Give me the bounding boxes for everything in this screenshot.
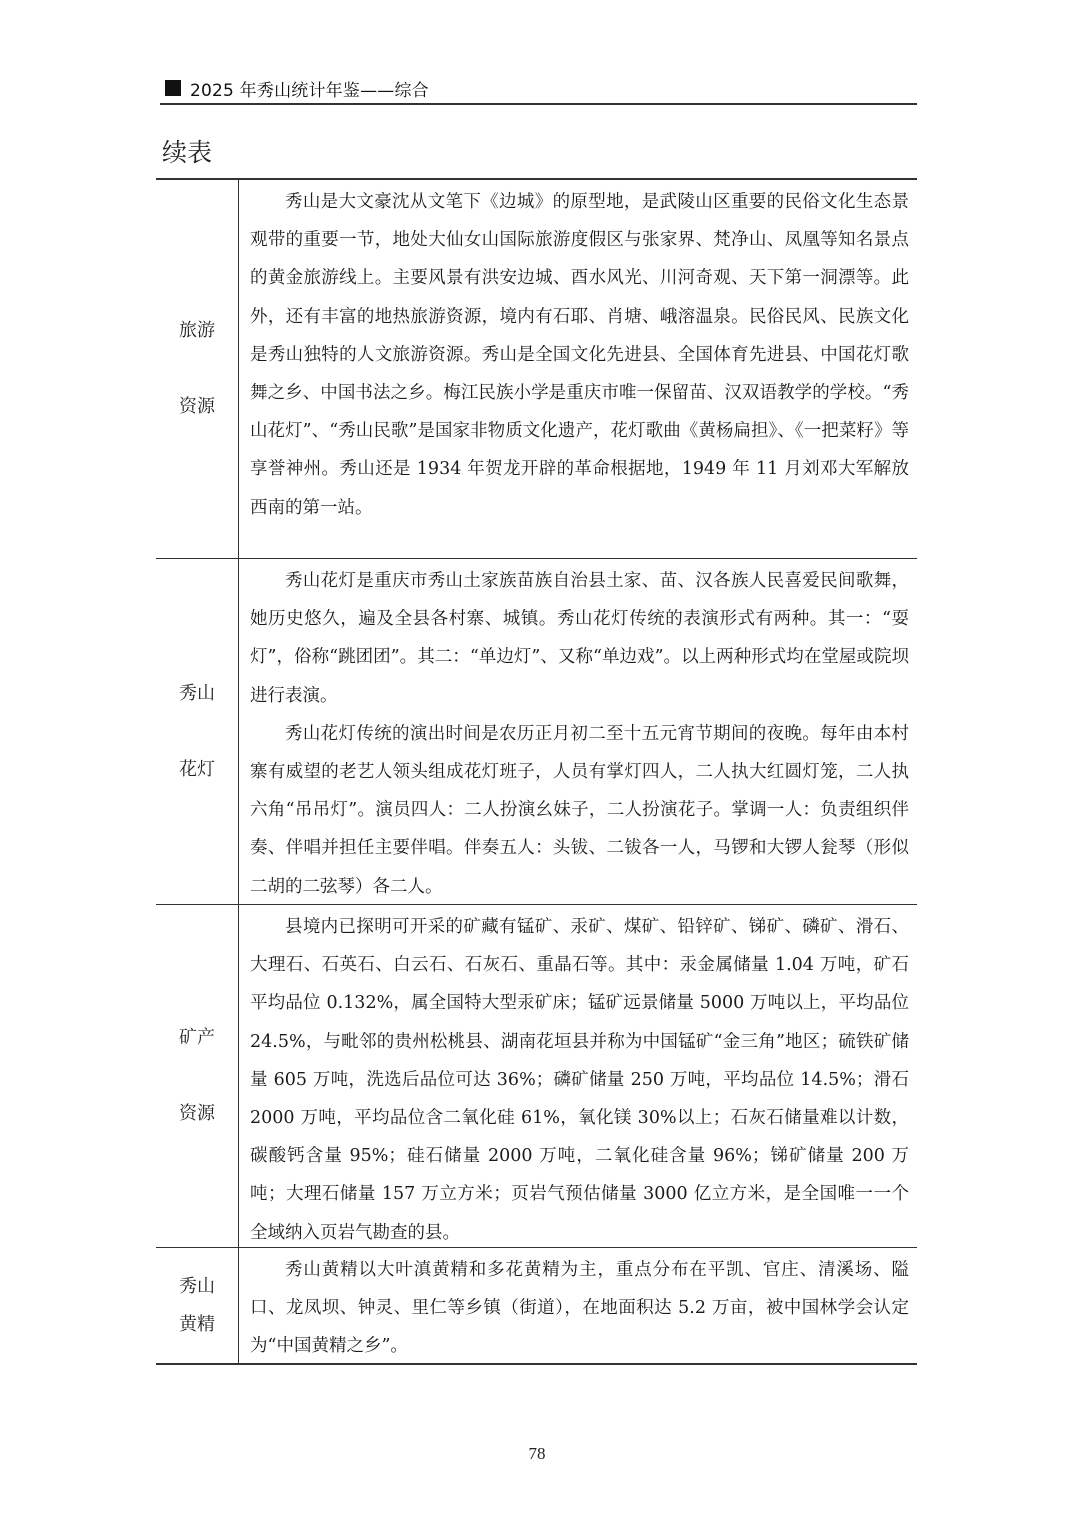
row-content: 秀山花灯是重庆市秀山土家族苗族自治县土家、苗、汉各族人民喜爱民间歌舞，她历史悠久… bbox=[239, 559, 917, 904]
page-number: 78 bbox=[0, 1444, 1074, 1464]
header-title: 2025 年秀山统计年鉴——综合 bbox=[190, 76, 429, 101]
row-label: 秀山 黄精 bbox=[156, 1248, 239, 1363]
table-row-polygonatum: 秀山 黄精 秀山黄精以大叶滇黄精和多花黄精为主，重点分布在平凯、官庄、清溪场、隘… bbox=[156, 1247, 917, 1363]
paragraph: 县境内已探明可开采的矿藏有锰矿、汞矿、煤矿、铅锌矿、锑矿、磷矿、滑石、大理石、石… bbox=[250, 908, 909, 1252]
header-square-icon bbox=[165, 80, 181, 96]
row-label: 旅游 资源 bbox=[156, 180, 239, 558]
row-content: 县境内已探明可开采的矿藏有锰矿、汞矿、煤矿、铅锌矿、锑矿、磷矿、滑石、大理石、石… bbox=[239, 905, 917, 1247]
paragraph: 秀山花灯传统的演出时间是农历正月初二至十五元宵节期间的夜晚。每年由本村寨有威望的… bbox=[250, 715, 909, 906]
paragraph: 秀山黄精以大叶滇黄精和多花黄精为主，重点分布在平凯、官庄、清溪场、隘口、龙凤坝、… bbox=[250, 1251, 909, 1366]
row-content: 秀山是大文豪沈从文笔下《边城》的原型地，是武陵山区重要的民俗文化生态景观带的重要… bbox=[239, 180, 917, 558]
info-table: 旅游 资源 秀山是大文豪沈从文笔下《边城》的原型地，是武陵山区重要的民俗文化生态… bbox=[156, 178, 917, 1365]
paragraph: 秀山花灯是重庆市秀山土家族苗族自治县土家、苗、汉各族人民喜爱民间歌舞，她历史悠久… bbox=[250, 562, 909, 715]
running-header: 2025 年秀山统计年鉴——综合 bbox=[160, 78, 917, 105]
paragraph: 秀山是大文豪沈从文笔下《边城》的原型地，是武陵山区重要的民俗文化生态景观带的重要… bbox=[250, 183, 909, 527]
table-row-minerals: 矿产 资源 县境内已探明可开采的矿藏有锰矿、汞矿、煤矿、铅锌矿、锑矿、磷矿、滑石… bbox=[156, 904, 917, 1247]
row-content: 秀山黄精以大叶滇黄精和多花黄精为主，重点分布在平凯、官庄、清溪场、隘口、龙凤坝、… bbox=[239, 1248, 917, 1363]
continued-table-label: 续表 bbox=[162, 133, 212, 169]
row-label: 矿产 资源 bbox=[156, 905, 239, 1247]
table-row-tourism: 旅游 资源 秀山是大文豪沈从文笔下《边城》的原型地，是武陵山区重要的民俗文化生态… bbox=[156, 180, 917, 558]
row-label: 秀山 花灯 bbox=[156, 559, 239, 904]
table-row-lantern: 秀山 花灯 秀山花灯是重庆市秀山土家族苗族自治县土家、苗、汉各族人民喜爱民间歌舞… bbox=[156, 558, 917, 904]
